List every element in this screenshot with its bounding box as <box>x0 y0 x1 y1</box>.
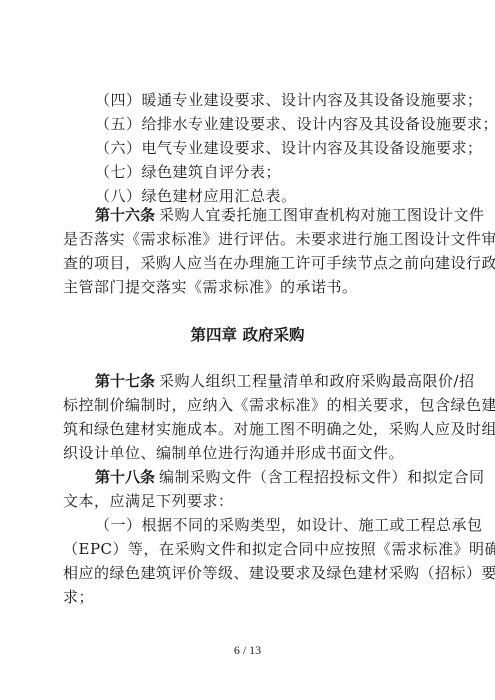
article-text: 采购人宜委托施工图审查机构对施工图设计文件 <box>159 206 485 224</box>
page-number: 6 / 13 <box>0 643 495 658</box>
paragraph-line: 是否落实《需求标准》进行评估。未要求进行施工图设计文件审 <box>63 227 433 251</box>
paragraph-line: 筑和绿色建材实施成本。对施工图不明确之处，采购人应及时组 <box>63 417 433 441</box>
article-text: 采购人组织工程量清单和政府采购最高限价/招 <box>159 372 475 390</box>
article-label: 第十七条 <box>95 372 155 390</box>
paragraph-line: 求； <box>63 585 433 609</box>
paragraph-line: 标控制价编制时，应纳入《需求标准》的相关要求，包含绿色建 <box>63 393 433 417</box>
document-page: （四）暖通专业建设要求、设计内容及其设备设施要求； （五）给排水专业建设要求、设… <box>0 0 495 700</box>
list-item: （四）暖通专业建设要求、设计内容及其设备设施要求； <box>95 88 433 112</box>
article-label: 第十六条 <box>95 206 155 224</box>
paragraph-line: （EPC）等，在采购文件和拟定合同中应按照《需求标准》明确 <box>63 537 433 561</box>
list-item: （五）给排水专业建设要求、设计内容及其设备设施要求； <box>95 112 433 136</box>
list-item: （六）电气专业建设要求、设计内容及其设备设施要求； <box>95 136 433 160</box>
article-text: 编制采购文件（含工程招投标文件）和拟定合同 <box>159 468 485 486</box>
paragraph-line: 文本，应满足下列要求： <box>63 489 433 513</box>
chapter-heading: 第四章 政府采购 <box>0 323 495 347</box>
article-18-first-line: 第十八条编制采购文件（含工程招投标文件）和拟定合同 <box>95 465 433 489</box>
article-17-first-line: 第十七条采购人组织工程量清单和政府采购最高限价/招 <box>95 369 433 393</box>
list-item: （七）绿色建筑自评分表； <box>95 160 433 184</box>
paragraph-line: 织设计单位、编制单位进行沟通并形成书面文件。 <box>63 441 433 465</box>
article-label: 第十八条 <box>95 468 155 486</box>
paragraph-line: 主管部门提交落实《需求标准》的承诺书。 <box>63 275 433 299</box>
article-16-first-line: 第十六条采购人宜委托施工图审查机构对施工图设计文件 <box>95 203 433 227</box>
paragraph-line: 查的项目，采购人应当在办理施工许可手续节点之前向建设行政 <box>63 251 433 275</box>
paragraph-line: 相应的绿色建筑评价等级、建设要求及绿色建材采购（招标）要 <box>63 561 433 585</box>
paragraph-line: （一）根据不同的采购类型，如设计、施工或工程总承包 <box>95 513 433 537</box>
